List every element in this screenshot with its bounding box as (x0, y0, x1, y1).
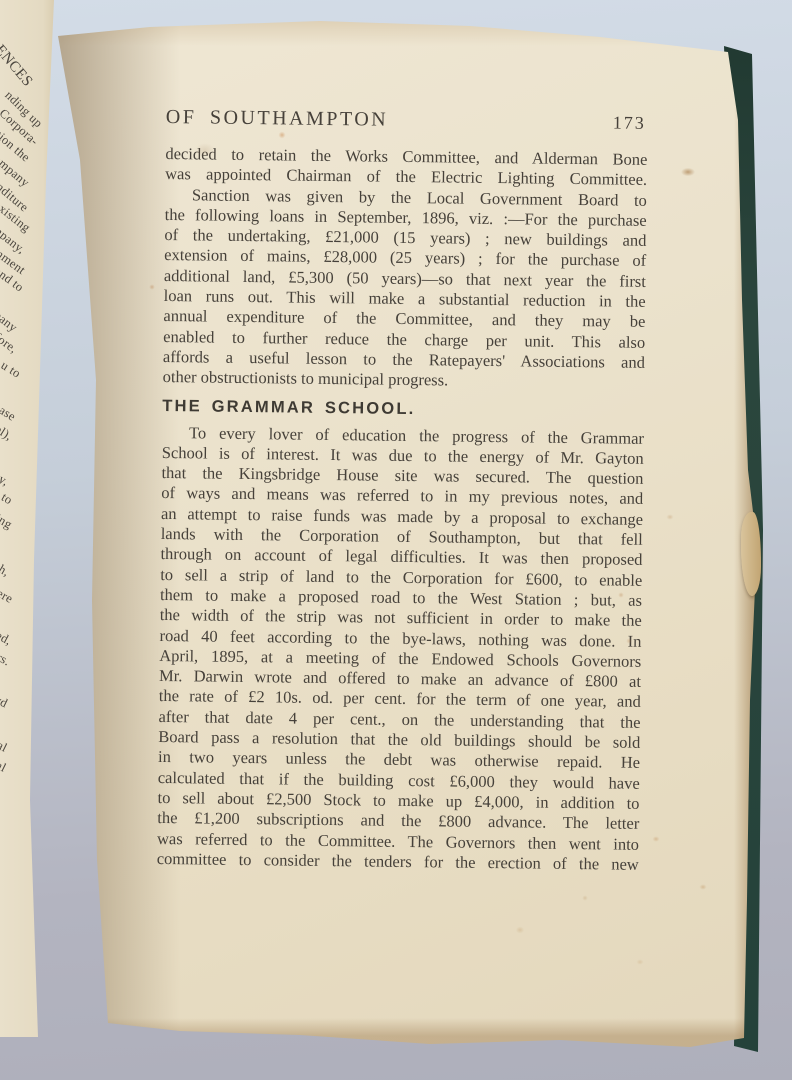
paragraph: Sanction was given by the Local Governme… (163, 185, 647, 394)
running-title: OF SOUTHAMPTON (166, 106, 389, 132)
page-text-block: OF SOUTHAMPTON 173 decided to retain the… (157, 106, 648, 875)
running-header: OF SOUTHAMPTON 173 (166, 106, 648, 135)
torn-page-edge (741, 512, 761, 596)
paragraph: To every lover of education the progress… (157, 423, 644, 875)
photo-backdrop: ENCESnding upCorpora-tion theompanyendit… (0, 0, 792, 1080)
book-page: OF SOUTHAMPTON 173 decided to retain the… (0, 0, 792, 1080)
page-number: 173 (613, 112, 646, 133)
section-heading: THE GRAMMAR SCHOOL. (162, 397, 644, 422)
paragraph: decided to retain the Works Committee, a… (165, 144, 647, 190)
